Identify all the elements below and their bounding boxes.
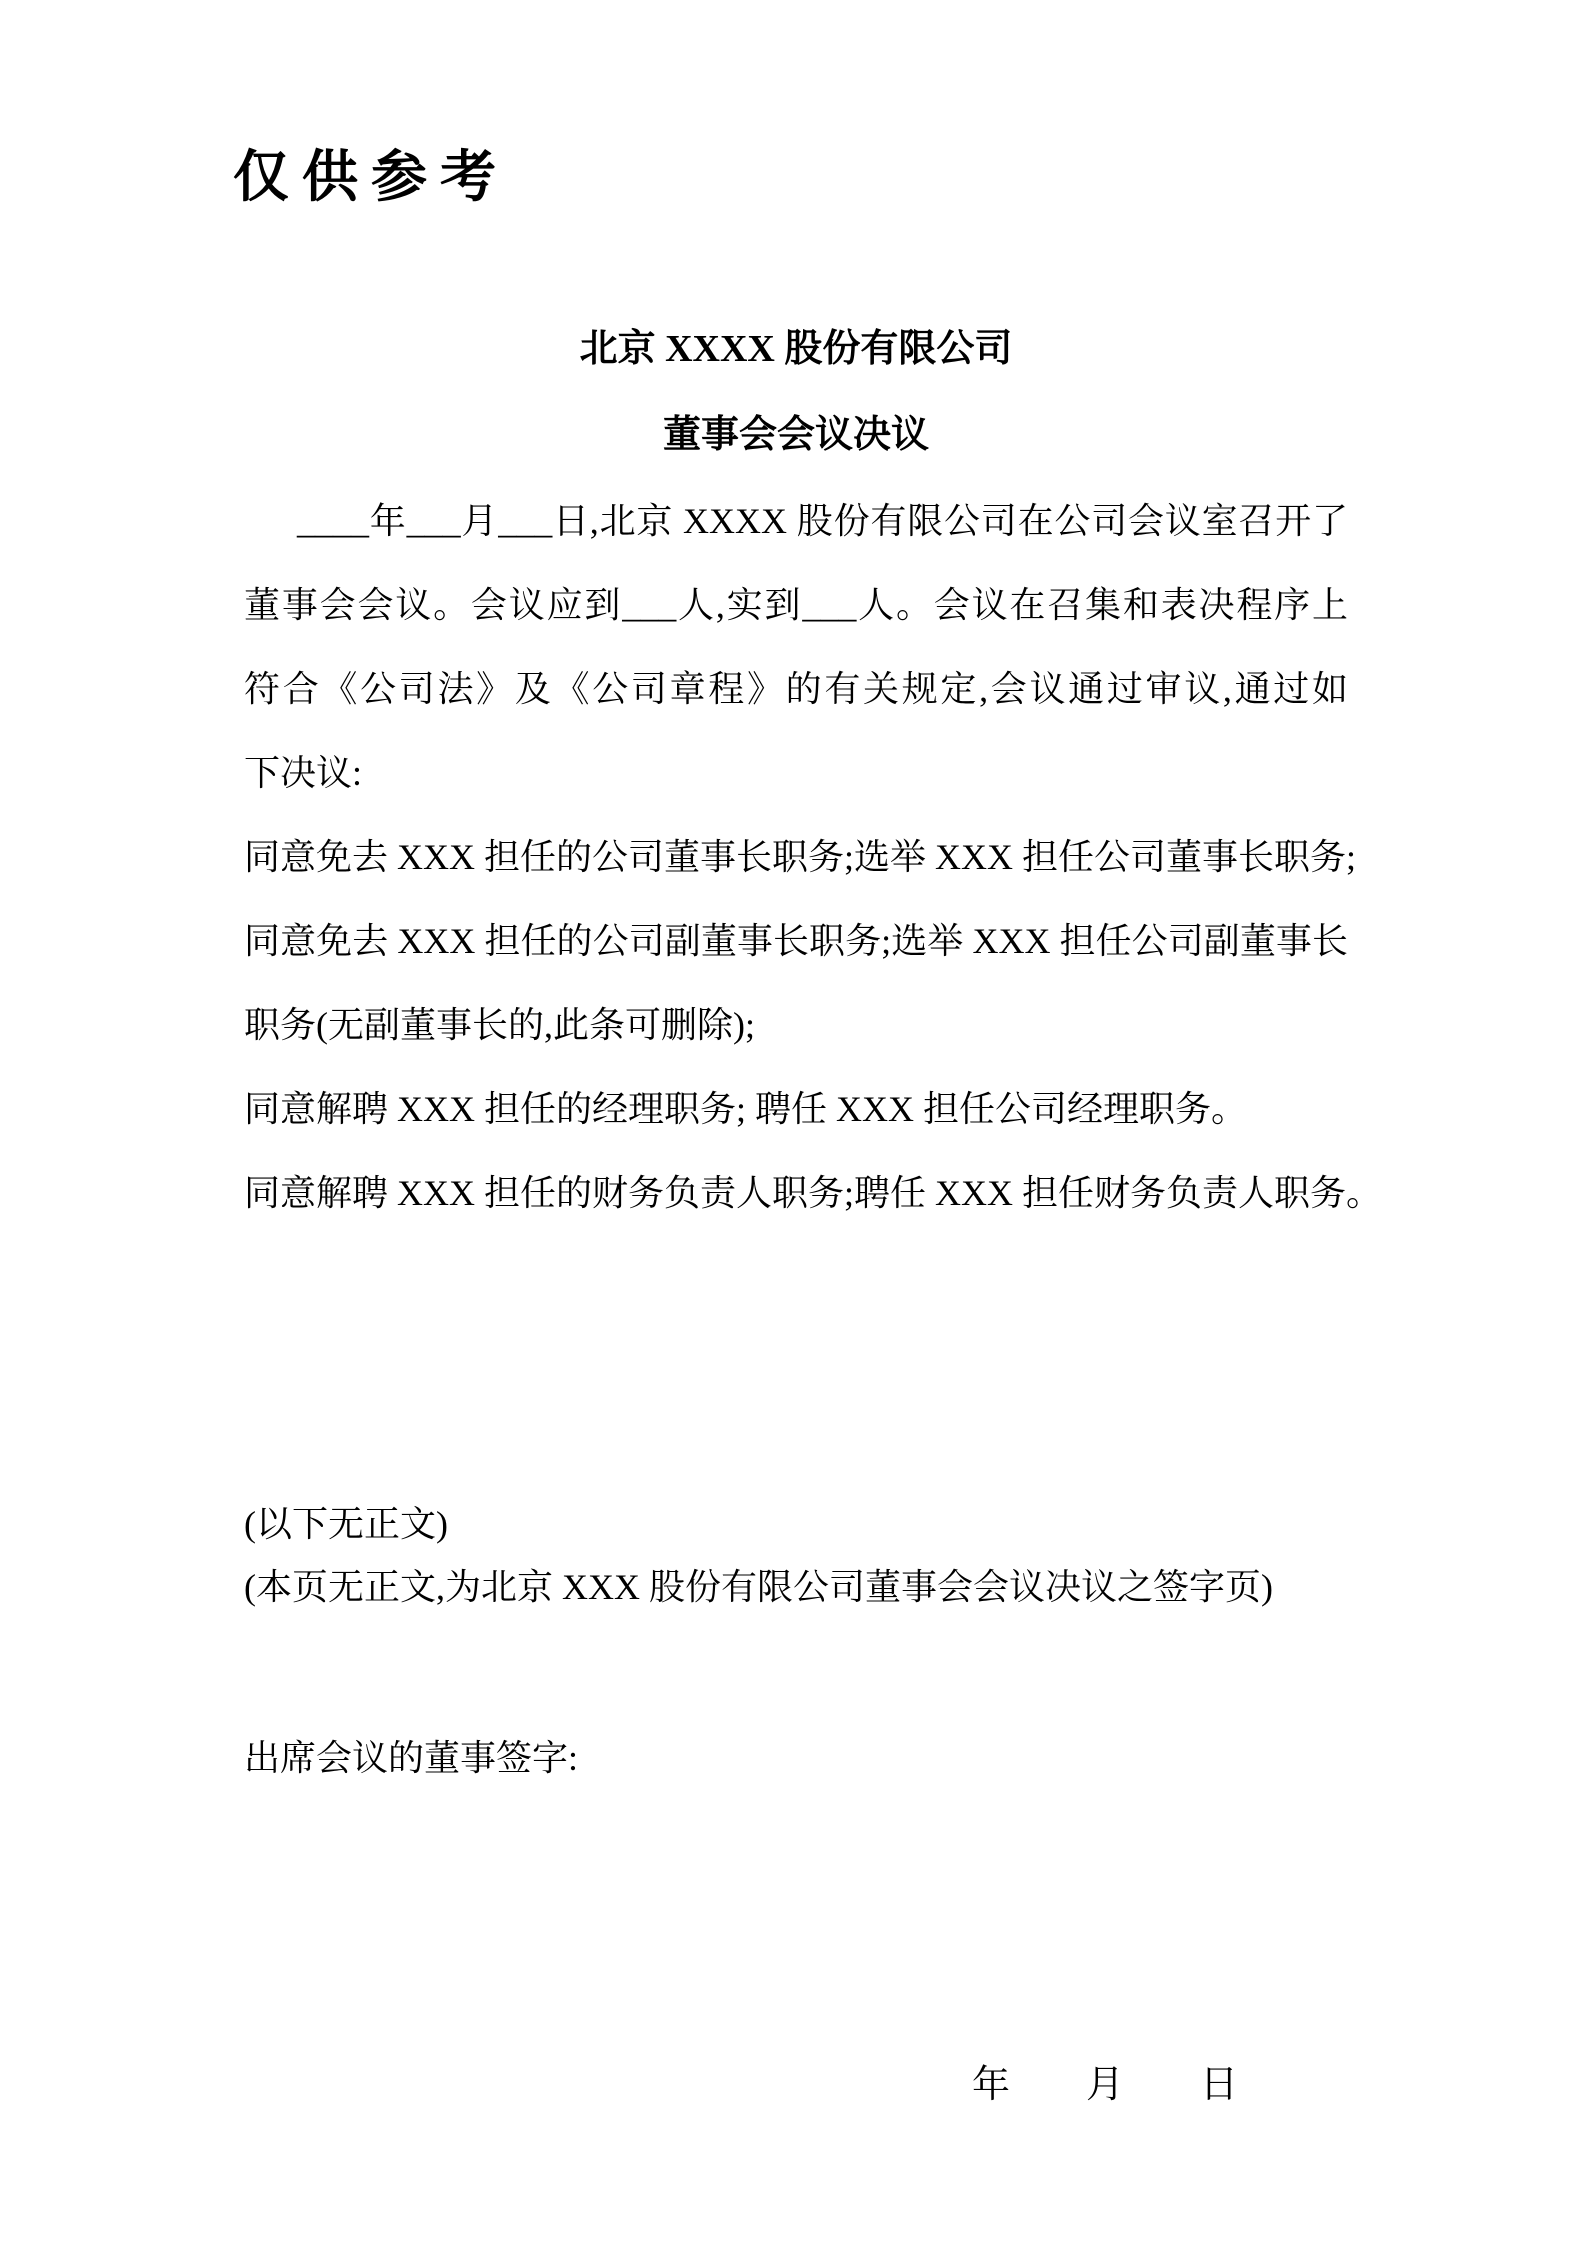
signature-page-note: (本页无正文,为北京 XXX 股份有限公司董事会会议决议之签字页) xyxy=(244,1556,1444,1619)
body-line-2: 董事会会议。会议应到___人,实到___人。会议在召集和表决程序上 xyxy=(244,563,1348,647)
day-label: 日 xyxy=(1200,2066,1238,2104)
resolution-body: ____年___月___日,北京 XXXX 股份有限公司在公司会议室召开了 董事… xyxy=(244,479,1348,1235)
body-line-1: ____年___月___日,北京 XXXX 股份有限公司在公司会议室召开了 xyxy=(244,479,1348,563)
body-line-4: 下决议: xyxy=(244,731,1348,815)
body-line-8: 同意解聘 XXX 担任的经理职务; 聘任 XXX 担任公司经理职务。 xyxy=(244,1067,1348,1151)
year-label: 年 xyxy=(972,2066,1010,2104)
body-line-7: 职务(无副董事长的,此条可删除); xyxy=(244,983,1348,1067)
month-label: 月 xyxy=(1086,2066,1124,2104)
closing-notes: (以下无正文) (本页无正文,为北京 XXX 股份有限公司董事会会议决议之签字页… xyxy=(244,1493,1444,1619)
director-signature-label: 出席会议的董事签字: xyxy=(244,1740,578,1776)
reference-only-watermark: 仅供参考 xyxy=(233,150,509,206)
date-line: 年 月 日 xyxy=(972,2066,1238,2104)
company-title: 北京 XXXX 股份有限公司 xyxy=(244,330,1348,368)
body-line-5: 同意免去 XXX 担任的公司董事长职务;选举 XXX 担任公司董事长职务; xyxy=(244,815,1348,899)
body-line-6: 同意免去 XXX 担任的公司副董事长职务;选举 XXX 担任公司副董事长 xyxy=(244,899,1348,983)
resolution-subtitle: 董事会会议决议 xyxy=(244,416,1348,454)
body-line-9: 同意解聘 XXX 担任的财务负责人职务;聘任 XXX 担任财务负责人职务。 xyxy=(244,1151,1348,1235)
document-page: 仅供参考 北京 XXXX 股份有限公司 董事会会议决议 ____年___月___… xyxy=(0,0,1587,2260)
no-text-note: (以下无正文) xyxy=(244,1493,1444,1556)
body-line-3: 符合《公司法》及《公司章程》的有关规定,会议通过审议,通过如 xyxy=(244,647,1348,731)
